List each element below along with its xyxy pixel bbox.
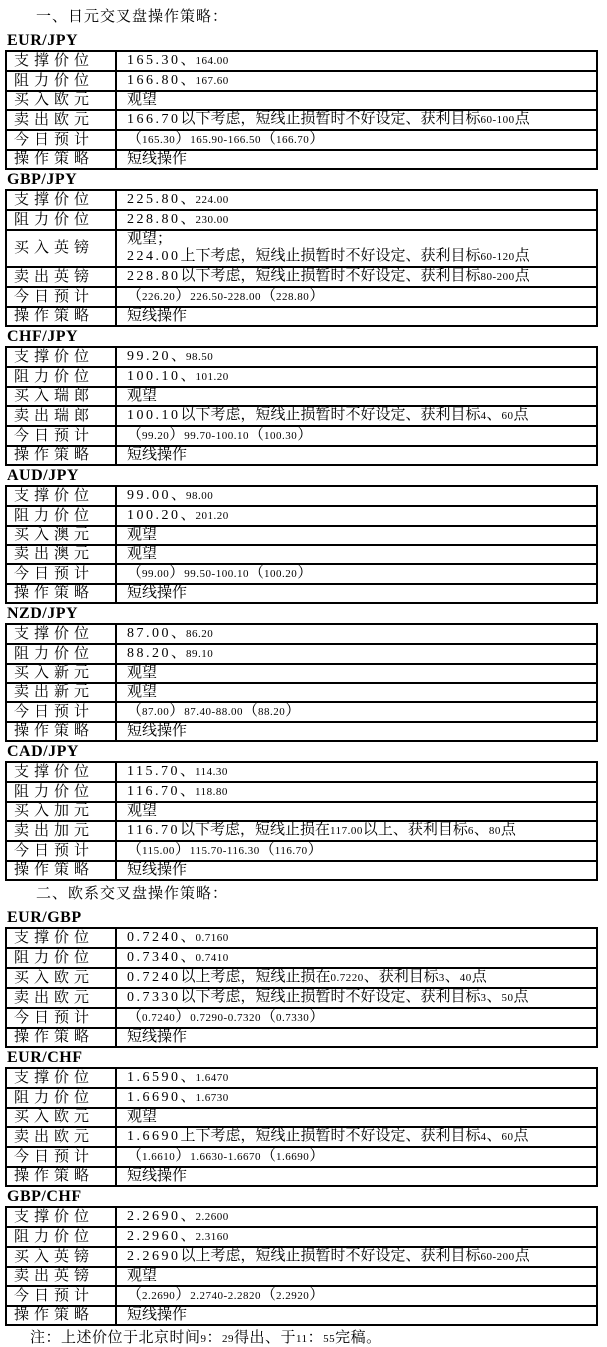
row-label: 卖出英镑 bbox=[6, 1267, 116, 1286]
price-number-small: 1.6610 bbox=[142, 1151, 175, 1163]
row-value: 116.70以下考虑，短线止损在117.00以上、获利目标6、80点 bbox=[116, 821, 597, 841]
price-number-small: 1.6690 bbox=[276, 1151, 309, 1163]
row-label: 支撑价位 bbox=[6, 1207, 116, 1227]
table-row: 操作策略短线操作 bbox=[6, 307, 597, 326]
table-row: 阻力价位166.80、167.60 bbox=[6, 71, 597, 91]
row-label: 今日预计 bbox=[6, 702, 116, 722]
price-number-small: 0.7240 bbox=[142, 1012, 175, 1024]
row-value: （1.6610）1.6630-1.6670（1.6690） bbox=[116, 1147, 597, 1167]
price-number-small: 230.00 bbox=[196, 214, 229, 226]
price-number-large: 2.2960 bbox=[127, 1229, 181, 1244]
price-number-small: 167.60 bbox=[196, 75, 229, 87]
row-label: 今日预计 bbox=[6, 287, 116, 307]
price-number-large: 166.80 bbox=[127, 73, 181, 88]
row-value: 116.70、118.80 bbox=[116, 782, 597, 802]
table-row: 今日预计（87.00）87.40-88.00（88.20） bbox=[6, 702, 597, 722]
row-value: 短线操作 bbox=[116, 1167, 597, 1186]
row-label: 支撑价位 bbox=[6, 486, 116, 506]
price-number-small: 98.00 bbox=[186, 490, 213, 502]
table-row: 今日预计（226.20）226.50-228.00（228.80） bbox=[6, 287, 597, 307]
row-value: 0.7330以下考虑，短线止损暂时不好设定、获利目标3、50点 bbox=[116, 988, 597, 1008]
table-row: 操作策略短线操作 bbox=[6, 150, 597, 169]
row-value: 228.80、230.00 bbox=[116, 210, 597, 230]
row-value: 88.20、89.10 bbox=[116, 644, 597, 664]
row-value: （2.2690）2.2740-2.2820（2.2920） bbox=[116, 1286, 597, 1306]
row-label: 买入新元 bbox=[6, 664, 116, 683]
price-number-small: 2.2690 bbox=[142, 1290, 175, 1302]
table-row: 支撑价位2.2690、2.2600 bbox=[6, 1207, 597, 1227]
row-value: （0.7240）0.7290-0.7320（0.7330） bbox=[116, 1008, 597, 1028]
price-number-large: 99.00 bbox=[127, 488, 171, 503]
price-number-small: 166.70 bbox=[276, 134, 309, 146]
document-body: 一、日元交叉盘操作策略：EUR/JPY支撑价位165.30、164.00阻力价位… bbox=[0, 9, 607, 1326]
row-value: 0.7240、0.7160 bbox=[116, 928, 597, 948]
table-row: 卖出欧元1.6690上下考虑，短线止损暂时不好设定、获利目标4、60点 bbox=[6, 1127, 597, 1147]
table-row: 卖出欧元166.70以下考虑，短线止损暂时不好设定、获利目标60-100点 bbox=[6, 110, 597, 130]
table-row: 阻力价位1.6690、1.6730 bbox=[6, 1088, 597, 1108]
price-number-small: 40 bbox=[460, 972, 472, 984]
table-row: 支撑价位99.00、98.00 bbox=[6, 486, 597, 506]
row-label: 支撑价位 bbox=[6, 51, 116, 71]
row-label: 操作策略 bbox=[6, 861, 116, 880]
price-number-large: 0.7240 bbox=[127, 970, 181, 985]
table-row: 卖出澳元观望 bbox=[6, 545, 597, 564]
price-number-small: 87.00 bbox=[142, 706, 169, 718]
pair-heading: GBP/CHF bbox=[7, 1189, 607, 1204]
table-row: 操作策略短线操作 bbox=[6, 1167, 597, 1186]
price-number-small: 99.50-100.10 bbox=[184, 568, 249, 580]
price-number-small: 4 bbox=[481, 1131, 487, 1143]
price-number-small: 2.2740-2.2820 bbox=[190, 1290, 261, 1302]
row-label: 阻力价位 bbox=[6, 948, 116, 968]
row-label: 买入加元 bbox=[6, 802, 116, 821]
table-row: 今日预计（99.00）99.50-100.10（100.20） bbox=[6, 564, 597, 584]
table-row: 支撑价位87.00、86.20 bbox=[6, 624, 597, 644]
row-label: 买入欧元 bbox=[6, 968, 116, 988]
price-number-large: 228.80 bbox=[127, 212, 181, 227]
row-value: 1.6590、1.6470 bbox=[116, 1068, 597, 1088]
price-number-small: 99.20 bbox=[142, 430, 169, 442]
price-number-small: 224.00 bbox=[196, 194, 229, 206]
strategy-table: 支撑价位1.6590、1.6470阻力价位1.6690、1.6730买入欧元观望… bbox=[5, 1067, 598, 1187]
price-number-large: 165.30 bbox=[127, 53, 181, 68]
row-label: 操作策略 bbox=[6, 307, 116, 326]
row-value: 观望 bbox=[116, 526, 597, 545]
row-value: 观望 bbox=[116, 1108, 597, 1127]
footer-note: 注：上述价位于北京时间9：29得出、于11：55完稿。 bbox=[0, 1330, 607, 1347]
price-number-small: 80-200 bbox=[481, 271, 515, 283]
price-number-small: 164.00 bbox=[196, 55, 229, 67]
row-label: 今日预计 bbox=[6, 1008, 116, 1028]
row-label: 卖出瑞郎 bbox=[6, 406, 116, 426]
table-row: 阻力价位100.10、101.20 bbox=[6, 367, 597, 387]
price-number-small: 2.3160 bbox=[196, 1231, 229, 1243]
row-label: 今日预计 bbox=[6, 841, 116, 861]
price-number-small: 116.70 bbox=[275, 845, 308, 857]
price-number-small: 80 bbox=[489, 825, 501, 837]
price-number-large: 0.7340 bbox=[127, 950, 181, 965]
strategy-table: 支撑价位87.00、86.20阻力价位88.20、89.10买入新元观望卖出新元… bbox=[5, 623, 598, 742]
row-label: 操作策略 bbox=[6, 1306, 116, 1325]
pair-heading: EUR/GBP bbox=[7, 910, 607, 925]
price-number-small: 98.50 bbox=[186, 351, 213, 363]
pair-heading: EUR/CHF bbox=[7, 1050, 607, 1065]
row-value: 0.7240以上考虑，短线止损在0.7220、获利目标3、40点 bbox=[116, 968, 597, 988]
price-number-small: 3 bbox=[481, 992, 487, 1004]
row-value: （87.00）87.40-88.00（88.20） bbox=[116, 702, 597, 722]
table-row: 买入加元观望 bbox=[6, 802, 597, 821]
row-value: 短线操作 bbox=[116, 446, 597, 465]
table-row: 买入欧元观望 bbox=[6, 91, 597, 110]
price-number-small: 118.80 bbox=[195, 786, 228, 798]
table-row: 卖出英镑观望 bbox=[6, 1267, 597, 1286]
row-label: 卖出新元 bbox=[6, 683, 116, 702]
row-value: （226.20）226.50-228.00（228.80） bbox=[116, 287, 597, 307]
price-number-small: 88.20 bbox=[258, 706, 285, 718]
price-number-large: 116.70 bbox=[127, 823, 180, 838]
table-row: 卖出加元116.70以下考虑，短线止损在117.00以上、获利目标6、80点 bbox=[6, 821, 597, 841]
price-number-large: 2.2690 bbox=[127, 1249, 181, 1264]
row-value: （99.00）99.50-100.10（100.20） bbox=[116, 564, 597, 584]
row-label: 阻力价位 bbox=[6, 506, 116, 526]
row-label: 今日预计 bbox=[6, 564, 116, 584]
row-value: 228.80以下考虑，短线止损暂时不好设定、获利目标80-200点 bbox=[116, 267, 597, 287]
price-number-small: 117.00 bbox=[330, 825, 363, 837]
row-label: 买入英镑 bbox=[6, 1247, 116, 1267]
row-value: （165.30）165.90-166.50（166.70） bbox=[116, 130, 597, 150]
row-label: 买入瑞郎 bbox=[6, 387, 116, 406]
price-number-large: 0.7240 bbox=[127, 930, 181, 945]
price-number-small: 1.6730 bbox=[196, 1092, 229, 1104]
price-number-small: 2.2920 bbox=[276, 1290, 309, 1302]
table-row: 阻力价位228.80、230.00 bbox=[6, 210, 597, 230]
price-number-small: 1.6630-1.6670 bbox=[190, 1151, 261, 1163]
pair-heading: CAD/JPY bbox=[7, 744, 607, 759]
price-number-small: 226.20 bbox=[142, 291, 175, 303]
pair-heading: EUR/JPY bbox=[7, 33, 607, 48]
price-number-large: 224.00 bbox=[127, 249, 181, 264]
price-number-large: 0.7330 bbox=[127, 990, 181, 1005]
price-number-small: 165.90-166.50 bbox=[190, 134, 261, 146]
row-label: 操作策略 bbox=[6, 446, 116, 465]
price-number-large: 100.10 bbox=[127, 369, 181, 384]
price-number-small: 89.10 bbox=[186, 648, 213, 660]
row-label: 支撑价位 bbox=[6, 624, 116, 644]
table-row: 今日预计（165.30）165.90-166.50（166.70） bbox=[6, 130, 597, 150]
pair-heading: GBP/JPY bbox=[7, 172, 607, 187]
table-row: 卖出新元观望 bbox=[6, 683, 597, 702]
price-number-small: 115.00 bbox=[142, 845, 175, 857]
price-number-small: 114.30 bbox=[195, 766, 228, 778]
pair-heading: NZD/JPY bbox=[7, 606, 607, 621]
price-number-large: 225.80 bbox=[127, 192, 181, 207]
price-number-large: 87.00 bbox=[127, 626, 171, 641]
row-label: 操作策略 bbox=[6, 1028, 116, 1047]
row-label: 今日预计 bbox=[6, 130, 116, 150]
price-number-small: 226.50-228.00 bbox=[190, 291, 261, 303]
table-row: 买入新元观望 bbox=[6, 664, 597, 683]
table-row: 操作策略短线操作 bbox=[6, 722, 597, 741]
price-number-large: 100.20 bbox=[127, 508, 181, 523]
price-number-small: 86.20 bbox=[186, 628, 213, 640]
price-number-small: 4 bbox=[481, 410, 487, 422]
row-label: 卖出加元 bbox=[6, 821, 116, 841]
row-label: 卖出欧元 bbox=[6, 988, 116, 1008]
row-value: 短线操作 bbox=[116, 584, 597, 603]
section-title: 二、欧系交叉盘操作策略： bbox=[0, 886, 607, 902]
row-value: 87.00、86.20 bbox=[116, 624, 597, 644]
table-row: 操作策略短线操作 bbox=[6, 1306, 597, 1325]
row-value: 短线操作 bbox=[116, 1306, 597, 1325]
table-row: 阻力价位100.20、201.20 bbox=[6, 506, 597, 526]
table-row: 阻力价位88.20、89.10 bbox=[6, 644, 597, 664]
table-row: 支撑价位115.70、114.30 bbox=[6, 762, 597, 782]
row-value: 2.2690、2.2600 bbox=[116, 1207, 597, 1227]
row-value: 166.80、167.60 bbox=[116, 71, 597, 91]
row-value: 1.6690、1.6730 bbox=[116, 1088, 597, 1108]
row-value: 2.2960、2.3160 bbox=[116, 1227, 597, 1247]
row-label: 卖出欧元 bbox=[6, 110, 116, 130]
row-value: 短线操作 bbox=[116, 307, 597, 326]
row-label: 今日预计 bbox=[6, 1147, 116, 1167]
table-row: 今日预计（2.2690）2.2740-2.2820（2.2920） bbox=[6, 1286, 597, 1306]
price-number-small: 1.6470 bbox=[196, 1072, 229, 1084]
price-number-small: 201.20 bbox=[196, 510, 229, 522]
row-label: 今日预计 bbox=[6, 426, 116, 446]
price-number-large: 1.6590 bbox=[127, 1070, 181, 1085]
table-row: 操作策略短线操作 bbox=[6, 861, 597, 880]
price-number-small: 0.7160 bbox=[196, 932, 229, 944]
row-value: 1.6690上下考虑，短线止损暂时不好设定、获利目标4、60点 bbox=[116, 1127, 597, 1147]
pair-heading: AUD/JPY bbox=[7, 468, 607, 483]
price-number-small: 11 bbox=[296, 1333, 308, 1345]
table-row: 今日预计（1.6610）1.6630-1.6670（1.6690） bbox=[6, 1147, 597, 1167]
row-label: 操作策略 bbox=[6, 150, 116, 169]
strategy-table: 支撑价位99.00、98.00阻力价位100.20、201.20买入澳元观望卖出… bbox=[5, 485, 598, 604]
row-value: 观望 bbox=[116, 664, 597, 683]
price-number-small: 0.7220 bbox=[331, 972, 364, 984]
strategy-table: 支撑价位115.70、114.30阻力价位116.70、118.80买入加元观望… bbox=[5, 761, 598, 881]
price-number-small: 115.70-116.30 bbox=[190, 845, 260, 857]
row-value: 225.80、224.00 bbox=[116, 190, 597, 210]
row-label: 阻力价位 bbox=[6, 782, 116, 802]
price-number-small: 87.40-88.00 bbox=[184, 706, 243, 718]
table-row: 买入英镑观望；224.00上下考虑，短线止损暂时不好设定、获利目标60-120点 bbox=[6, 230, 597, 267]
row-label: 阻力价位 bbox=[6, 1088, 116, 1108]
table-row: 今日预计（0.7240）0.7290-0.7320（0.7330） bbox=[6, 1008, 597, 1028]
strategy-table: 支撑价位225.80、224.00阻力价位228.80、230.00买入英镑观望… bbox=[5, 189, 598, 327]
price-number-large: 2.2690 bbox=[127, 1209, 181, 1224]
price-number-small: 3 bbox=[439, 972, 445, 984]
row-value: 165.30、164.00 bbox=[116, 51, 597, 71]
pair-heading: CHF/JPY bbox=[7, 329, 607, 344]
row-value: 0.7340、0.7410 bbox=[116, 948, 597, 968]
price-number-small: 228.80 bbox=[276, 291, 309, 303]
table-row: 操作策略短线操作 bbox=[6, 446, 597, 465]
row-label: 阻力价位 bbox=[6, 1227, 116, 1247]
price-number-large: 228.80 bbox=[127, 269, 181, 284]
table-row: 阻力价位2.2960、2.3160 bbox=[6, 1227, 597, 1247]
row-value: 短线操作 bbox=[116, 722, 597, 741]
table-row: 支撑价位225.80、224.00 bbox=[6, 190, 597, 210]
table-row: 买入欧元0.7240以上考虑，短线止损在0.7220、获利目标3、40点 bbox=[6, 968, 597, 988]
price-number-small: 60-100 bbox=[481, 114, 515, 126]
row-label: 卖出英镑 bbox=[6, 267, 116, 287]
price-number-small: 99.70-100.10 bbox=[184, 430, 249, 442]
table-row: 卖出欧元0.7330以下考虑，短线止损暂时不好设定、获利目标3、50点 bbox=[6, 988, 597, 1008]
price-number-small: 100.20 bbox=[264, 568, 297, 580]
row-label: 支撑价位 bbox=[6, 190, 116, 210]
price-number-small: 60 bbox=[502, 1131, 514, 1143]
table-row: 支撑价位99.20、98.50 bbox=[6, 347, 597, 367]
row-label: 阻力价位 bbox=[6, 644, 116, 664]
price-number-large: 100.10 bbox=[127, 408, 181, 423]
price-number-large: 99.20 bbox=[127, 349, 171, 364]
row-value: （99.20）99.70-100.10（100.30） bbox=[116, 426, 597, 446]
price-number-small: 9 bbox=[201, 1333, 207, 1345]
row-label: 阻力价位 bbox=[6, 367, 116, 387]
price-number-small: 6 bbox=[468, 825, 474, 837]
row-label: 支撑价位 bbox=[6, 347, 116, 367]
row-value: 2.2690以上考虑，短线止损暂时不好设定、获利目标60-200点 bbox=[116, 1247, 597, 1267]
price-number-large: 116.70 bbox=[127, 784, 180, 799]
row-label: 操作策略 bbox=[6, 584, 116, 603]
row-value: （115.00）115.70-116.30（116.70） bbox=[116, 841, 597, 861]
price-number-small: 55 bbox=[323, 1333, 335, 1345]
table-row: 买入英镑2.2690以上考虑，短线止损暂时不好设定、获利目标60-200点 bbox=[6, 1247, 597, 1267]
table-row: 支撑价位0.7240、0.7160 bbox=[6, 928, 597, 948]
table-row: 卖出瑞郎100.10以下考虑，短线止损暂时不好设定、获利目标4、60点 bbox=[6, 406, 597, 426]
price-number-small: 2.2600 bbox=[196, 1211, 229, 1223]
table-row: 操作策略短线操作 bbox=[6, 584, 597, 603]
table-row: 买入欧元观望 bbox=[6, 1108, 597, 1127]
row-label: 买入澳元 bbox=[6, 526, 116, 545]
table-row: 阻力价位0.7340、0.7410 bbox=[6, 948, 597, 968]
row-label: 阻力价位 bbox=[6, 210, 116, 230]
table-row: 支撑价位165.30、164.00 bbox=[6, 51, 597, 71]
table-row: 阻力价位116.70、118.80 bbox=[6, 782, 597, 802]
price-number-small: 99.00 bbox=[142, 568, 169, 580]
table-row: 卖出英镑228.80以下考虑，短线止损暂时不好设定、获利目标80-200点 bbox=[6, 267, 597, 287]
row-value: 99.20、98.50 bbox=[116, 347, 597, 367]
row-value: 观望 bbox=[116, 387, 597, 406]
table-row: 买入瑞郎观望 bbox=[6, 387, 597, 406]
strategy-table: 支撑价位0.7240、0.7160阻力价位0.7340、0.7410买入欧元0.… bbox=[5, 927, 598, 1048]
row-label: 买入英镑 bbox=[6, 230, 116, 267]
row-label: 操作策略 bbox=[6, 1167, 116, 1186]
row-value: 观望 bbox=[116, 91, 597, 110]
row-label: 支撑价位 bbox=[6, 762, 116, 782]
row-value: 观望 bbox=[116, 545, 597, 564]
table-row: 今日预计（115.00）115.70-116.30（116.70） bbox=[6, 841, 597, 861]
price-number-small: 60-200 bbox=[481, 1251, 515, 1263]
row-label: 买入欧元 bbox=[6, 91, 116, 110]
price-number-large: 166.70 bbox=[127, 112, 181, 127]
row-label: 今日预计 bbox=[6, 1286, 116, 1306]
price-number-large: 115.70 bbox=[127, 764, 180, 779]
table-row: 买入澳元观望 bbox=[6, 526, 597, 545]
row-label: 卖出澳元 bbox=[6, 545, 116, 564]
price-number-small: 0.7410 bbox=[196, 952, 229, 964]
price-number-small: 0.7290-0.7320 bbox=[190, 1012, 261, 1024]
price-number-small: 0.7330 bbox=[276, 1012, 309, 1024]
price-number-small: 100.30 bbox=[264, 430, 297, 442]
price-number-small: 60 bbox=[502, 410, 514, 422]
price-number-small: 101.20 bbox=[196, 371, 229, 383]
row-label: 阻力价位 bbox=[6, 71, 116, 91]
row-label: 操作策略 bbox=[6, 722, 116, 741]
row-value: 观望 bbox=[116, 1267, 597, 1286]
price-number-small: 60-120 bbox=[481, 251, 515, 263]
price-number-small: 50 bbox=[502, 992, 514, 1004]
row-value: 短线操作 bbox=[116, 861, 597, 880]
row-label: 支撑价位 bbox=[6, 1068, 116, 1088]
row-value: 115.70、114.30 bbox=[116, 762, 597, 782]
price-number-large: 1.6690 bbox=[127, 1090, 181, 1105]
row-value: 观望；224.00上下考虑，短线止损暂时不好设定、获利目标60-120点 bbox=[116, 230, 597, 267]
row-value: 100.20、201.20 bbox=[116, 506, 597, 526]
strategy-table: 支撑价位2.2690、2.2600阻力价位2.2960、2.3160买入英镑2.… bbox=[5, 1206, 598, 1326]
row-label: 买入欧元 bbox=[6, 1108, 116, 1127]
strategy-table: 支撑价位99.20、98.50阻力价位100.10、101.20买入瑞郎观望卖出… bbox=[5, 346, 598, 466]
row-value: 166.70以下考虑，短线止损暂时不好设定、获利目标60-100点 bbox=[116, 110, 597, 130]
row-label: 支撑价位 bbox=[6, 928, 116, 948]
price-number-small: 165.30 bbox=[142, 134, 175, 146]
row-label: 卖出欧元 bbox=[6, 1127, 116, 1147]
row-value: 100.10以下考虑，短线止损暂时不好设定、获利目标4、60点 bbox=[116, 406, 597, 426]
row-value: 短线操作 bbox=[116, 1028, 597, 1047]
section-title: 一、日元交叉盘操作策略： bbox=[0, 9, 607, 25]
table-row: 操作策略短线操作 bbox=[6, 1028, 597, 1047]
price-number-large: 88.20 bbox=[127, 646, 171, 661]
price-number-large: 1.6690 bbox=[127, 1129, 181, 1144]
row-value: 99.00、98.00 bbox=[116, 486, 597, 506]
row-value: 100.10、101.20 bbox=[116, 367, 597, 387]
price-number-small: 29 bbox=[222, 1333, 234, 1345]
table-row: 今日预计（99.20）99.70-100.10（100.30） bbox=[6, 426, 597, 446]
strategy-table: 支撑价位165.30、164.00阻力价位166.80、167.60买入欧元观望… bbox=[5, 50, 598, 170]
row-value: 观望 bbox=[116, 683, 597, 702]
row-value: 短线操作 bbox=[116, 150, 597, 169]
row-value: 观望 bbox=[116, 802, 597, 821]
table-row: 支撑价位1.6590、1.6470 bbox=[6, 1068, 597, 1088]
